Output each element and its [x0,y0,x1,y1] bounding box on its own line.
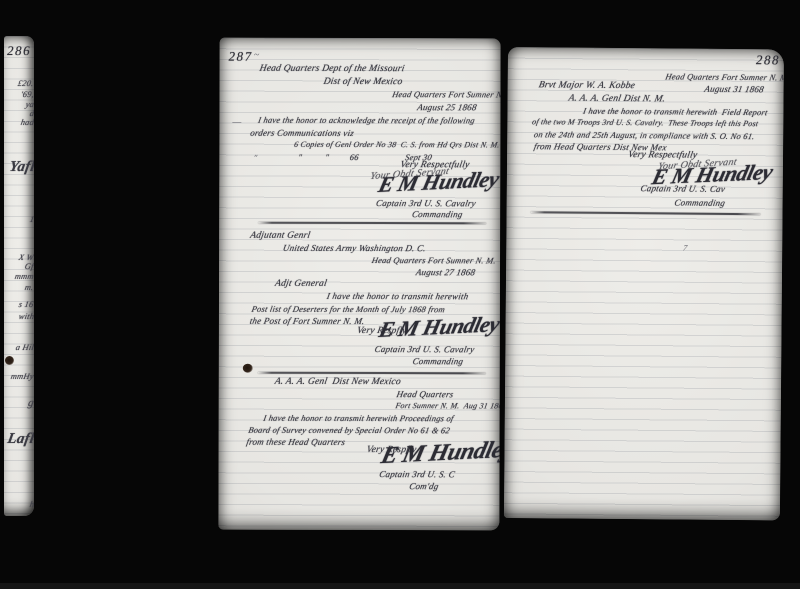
handwriting-line: United States Army Washington D. C. [282,244,426,254]
handwriting-line: I have the honor to acknowledge the rece… [257,116,475,125]
handwriting-line: August 27 1868 [415,268,476,278]
handwriting-line: 6 Copies of Genl Order No 38 C. S. from … [293,141,500,150]
handwriting-fragment: g [27,398,34,410]
handwriting-line: on the 24th and 25th August, in complian… [533,130,755,141]
page-number-flourish: ~ [253,51,261,62]
section-divider-line [258,222,486,225]
handwriting-line: Head Quarters Dept of the Missouri [259,65,406,75]
handwriting-line: I have the honor to transmit herewith Fi… [582,107,768,118]
handwriting-line: Dist of New Mexico [323,78,404,88]
handwriting-line: Head Quarters Fort Sumner N. M. [391,90,500,99]
handwriting-line: Commanding [412,357,464,367]
handwriting-line: A. A. A. Genl Dist N. M. [568,95,666,106]
page-number-288: 288 [755,53,782,67]
handwriting-line: A. A. A. Genl Dist New Mexico [274,378,402,388]
handwriting-line: Com'dg [408,482,439,492]
section-divider-line [258,372,486,375]
handwriting-line: Commanding [411,210,463,220]
signature: E M Hundley [376,167,500,196]
ink-blot [5,356,14,365]
stray-pen-mark: 7 [682,245,688,253]
handwriting-line: Head Quarters [396,390,455,400]
handwriting-line: of the two M Troops 3rd U. S. Cavalry. T… [531,118,759,128]
ink-blot [243,364,253,373]
handwriting-line: Captain 3rd U. S. Cavalry [375,199,476,209]
handwriting-line: orders Communications viz [249,129,354,139]
handwriting-line: August 31 1868 [704,85,765,95]
handwriting-line: Post list of Deserters for the Month of … [251,305,446,314]
page-number-287: 287 [228,50,254,64]
handwriting-line: the Post of Fort Sumner N. M. [249,317,365,327]
handwriting-fragment: a Hil [15,343,34,352]
handwriting-line: I have the honor to transmit herewith Pr… [263,414,455,423]
handwriting-line: August 25 1868 [416,103,477,113]
handwriting-fragment: Gf [24,262,34,271]
handwriting-line: Board of Survey convened by Special Orde… [248,426,451,435]
scanned-ledger-photo: 286 £20. '69, ya d had Yafl 1 X W Gf mmm… [0,0,800,589]
handwriting-fragment: mmm [14,272,34,281]
handwriting-fragment: £20. [17,79,34,88]
section-divider-line [531,211,761,215]
handwriting-line: Head Quarters Fort Sumner N. M. [665,72,784,82]
handwriting-fragment: mmHy [10,372,34,381]
handwriting-line: Brvt Major W. A. Kobbe [538,81,636,92]
page-number-286: 286 [6,44,32,58]
handwriting-line: from these Head Quarters [246,438,346,448]
handwriting-line: Captain 3rd U. S. Cavalry [374,345,475,355]
handwriting-line: Fort Sumner N. M. Aug 31 1868 [395,402,501,411]
signature: E M Hundley [379,438,501,470]
scan-bottom-edge [0,583,800,589]
page-286-edge: 286 £20. '69, ya d had Yafl 1 X W Gf mmm… [4,36,34,516]
page-288: 288 Head Quarters Fort Sumner N. M. Augu… [504,47,784,520]
handwriting-line: Head Quarters Fort Sumner N. M. [371,256,497,265]
handwriting-fragment: h [29,500,34,509]
signature: E M Hundley [377,312,501,341]
handwriting-fragment: with [18,312,34,321]
page-287: 287 ~ Head Quarters Dept of the Missouri… [218,38,500,531]
handwriting-line: I have the honor to transmit herewith [326,292,469,302]
ditto-mark: " [252,154,258,163]
handwriting-line: Commanding [674,198,726,208]
handwriting-line: Captain 3rd U. S. C [378,470,455,480]
handwriting-line: Adjt General [274,280,328,290]
margin-mark: — [231,118,242,129]
handwriting-fragment: 1 [29,215,34,224]
handwriting-fragment: Lafl [6,432,34,448]
handwriting-line: Adjutant Genrl [249,232,311,242]
handwriting-fragment: m. [24,283,34,292]
handwriting-fragment: '69, [20,90,34,99]
handwriting-fragment: Yafl [8,160,34,176]
handwriting-fragment: had [20,118,34,127]
handwriting-line: Captain 3rd U. S. Cav [640,184,726,194]
handwriting-fragment: s 16 [18,300,34,309]
